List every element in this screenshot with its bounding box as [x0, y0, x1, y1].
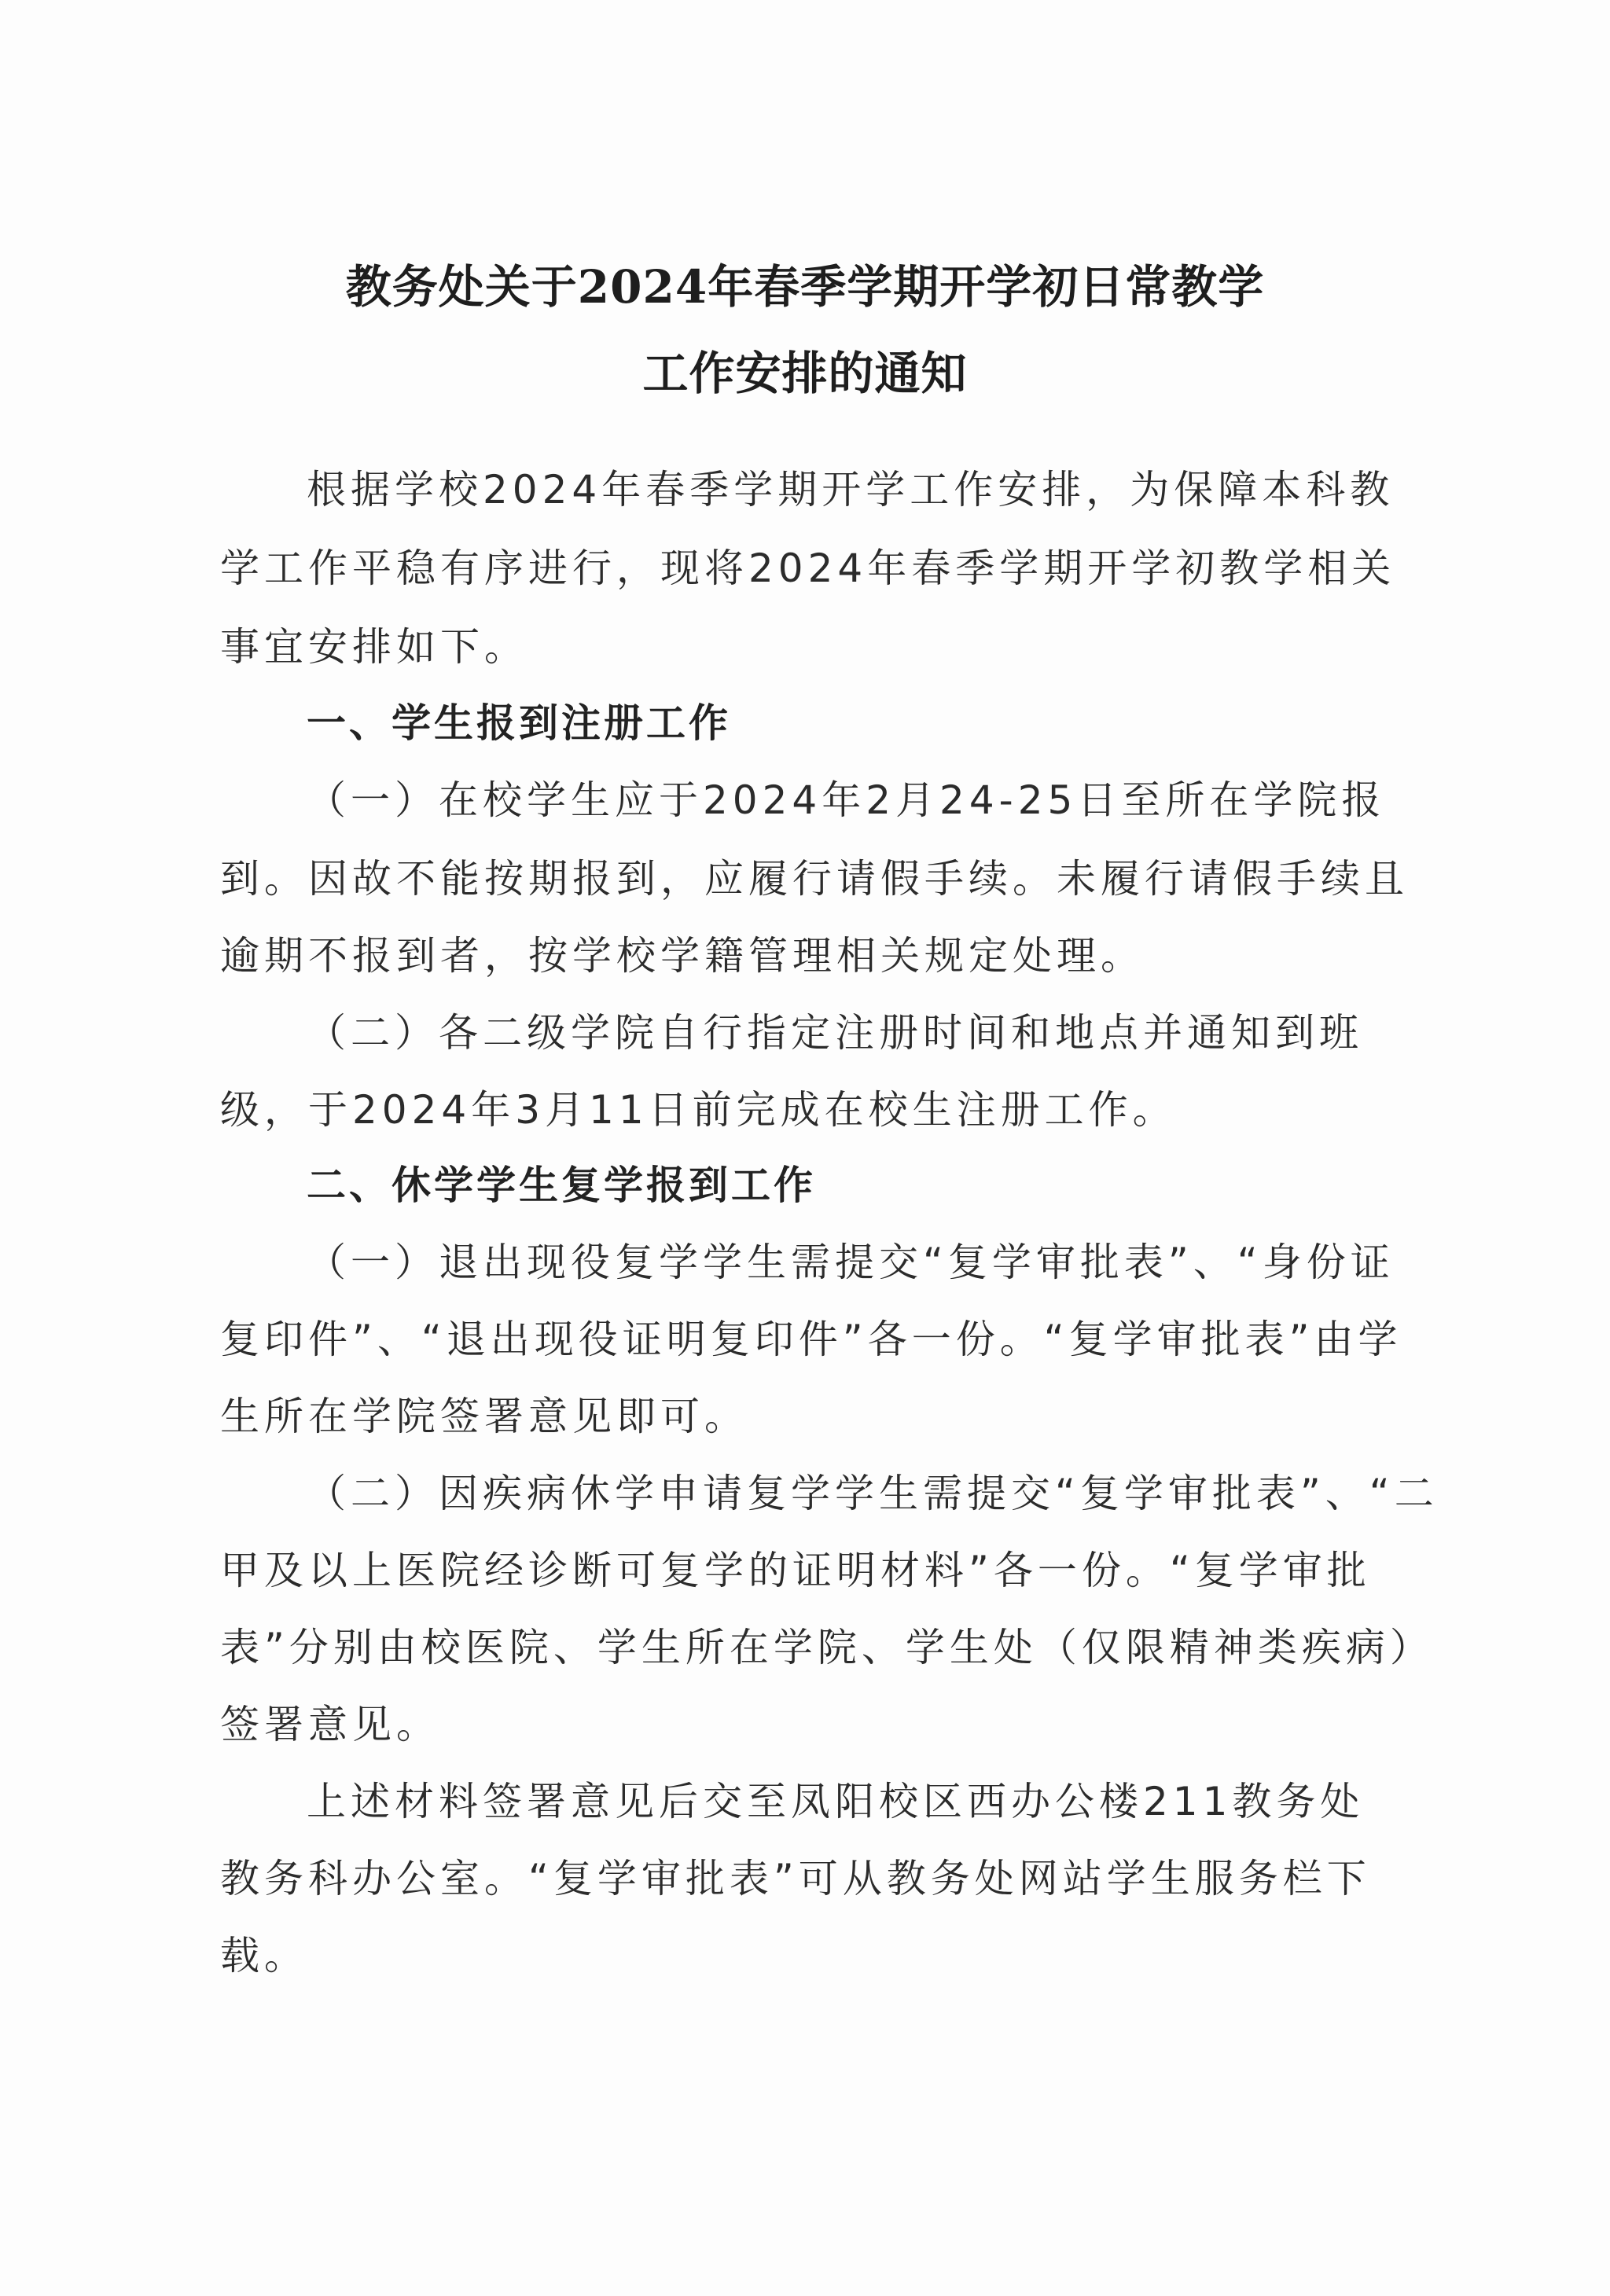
section-2-item-2-line-1: （二）因疾病休学申请复学学生需提交“复学审批表”、“二 — [307, 1470, 1486, 1517]
section-2-item-2-line-3: 表”分别由校医院、学生所在学院、学生处（仅限精神类疾病） — [220, 1624, 1399, 1671]
section-2-item-1-line-1: （一）退出现役复学学生需提交“复学审批表”、“身份证 — [307, 1239, 1486, 1286]
intro-line-2: 学工作平稳有序进行，现将2024年春季学期开学初教学相关 — [220, 545, 1399, 592]
section-1-item-1-line-1: （一）在校学生应于2024年2月24-25日至所在学院报 — [307, 777, 1486, 824]
intro-line-1: 根据学校2024年春季学期开学工作安排，为保障本科教 — [307, 466, 1486, 513]
document-title-line-2: 工作安排的通知 — [0, 336, 1610, 402]
section-1-item-1-line-3: 逾期不报到者，按学校学籍管理相关规定处理。 — [220, 932, 1399, 979]
section-heading-2: 二、休学学生复学报到工作 — [307, 1162, 1486, 1209]
document-title-line-1: 教务处关于2024年春季学期开学初日常教学 — [0, 250, 1610, 316]
section-2-item-1-line-3: 生所在学院签署意见即可。 — [220, 1393, 1399, 1440]
closing-line-2: 教务科办公室。“复学审批表”可从教务处网站学生服务栏下 — [220, 1855, 1399, 1902]
section-2-item-2-line-4: 签署意见。 — [220, 1701, 1399, 1748]
section-2-item-2-line-2: 甲及以上医院经诊断可复学的证明材料”各一份。“复学审批 — [220, 1547, 1399, 1594]
section-2-item-1-line-2: 复印件”、“退出现役证明复印件”各一份。“复学审批表”由学 — [220, 1316, 1399, 1363]
document-page: 教务处关于2024年春季学期开学初日常教学 工作安排的通知 根据学校2024年春… — [0, 0, 1610, 2296]
closing-line-1: 上述材料签署意见后交至凤阳校区西办公楼211教务处 — [307, 1778, 1486, 1825]
section-1-item-2-line-2: 级，于2024年3月11日前完成在校生注册工作。 — [220, 1086, 1399, 1133]
intro-line-3: 事宜安排如下。 — [220, 623, 1399, 670]
section-1-item-1-line-2: 到。因故不能按期报到，应履行请假手续。未履行请假手续且 — [220, 855, 1399, 902]
closing-line-3: 载。 — [220, 1932, 1399, 1979]
section-1-item-2-line-1: （二）各二级学院自行指定注册时间和地点并通知到班 — [307, 1009, 1486, 1056]
section-heading-1: 一、学生报到注册工作 — [307, 700, 1486, 747]
